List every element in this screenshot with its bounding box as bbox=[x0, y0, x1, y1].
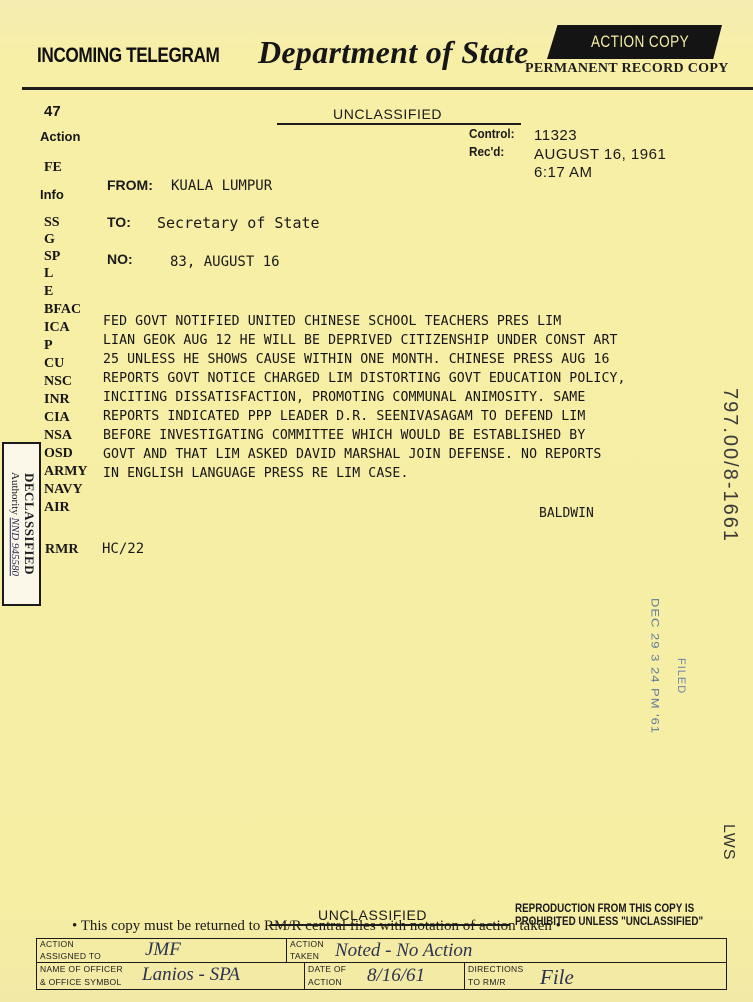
to-label: TO: bbox=[107, 214, 131, 230]
declassified-title: DECLASSIFIED bbox=[20, 444, 35, 604]
message-line: INCITING DISSATISFACTION, PROMOTING COMM… bbox=[103, 388, 723, 407]
info-office: L bbox=[44, 267, 53, 281]
from-value: KUALA LUMPUR bbox=[171, 178, 272, 194]
info-office: SS bbox=[44, 216, 60, 230]
info-office: NAVY bbox=[44, 483, 83, 497]
action-record-table: ACTION ASSIGNED TO JMF ACTION TAKEN Note… bbox=[36, 938, 727, 990]
message-line: 25 UNLESS HE SHOWS CAUSE WITHIN ONE MONT… bbox=[103, 350, 723, 369]
message-line: BEFORE INVESTIGATING COMMITTEE WHICH WOU… bbox=[103, 426, 723, 445]
recd-time: 6:17 AM bbox=[534, 164, 593, 181]
info-office: NSC bbox=[44, 375, 72, 389]
info-office: NSA bbox=[44, 429, 72, 443]
copy-type-label: PERMANENT RECORD COPY bbox=[525, 61, 729, 77]
no-label: NO: bbox=[107, 251, 133, 267]
header-divider bbox=[22, 87, 753, 90]
info-office: BFAC bbox=[44, 303, 81, 317]
assigned-to-value: JMF bbox=[145, 939, 181, 961]
initials-stamp: LWS bbox=[719, 824, 737, 860]
classification-bottom-rule bbox=[270, 924, 510, 926]
officer-field[interactable]: NAME OF OFFICER & OFFICE SYMBOL Lanios -… bbox=[37, 963, 305, 989]
action-row-2: NAME OF OFFICER & OFFICE SYMBOL Lanios -… bbox=[37, 963, 726, 989]
to-value: Secretary of State bbox=[157, 214, 320, 232]
info-office: CU bbox=[44, 357, 64, 371]
info-office: SP bbox=[44, 250, 60, 264]
action-office: FE bbox=[44, 161, 62, 175]
filed-stamp-label: FILED bbox=[675, 658, 687, 694]
message-line: FED GOVT NOTIFIED UNITED CHINESE SCHOOL … bbox=[103, 312, 723, 331]
action-copy-label: ACTION COPY bbox=[584, 32, 696, 52]
recd-label: Rec'd: bbox=[469, 144, 504, 159]
routing-number: 47 bbox=[44, 104, 61, 119]
info-office: CIA bbox=[44, 411, 70, 425]
control-label: Control: bbox=[469, 126, 514, 141]
action-taken-value: Noted - No Action bbox=[335, 940, 472, 962]
info-office: OSD bbox=[44, 447, 73, 461]
info-office: AIR bbox=[44, 501, 70, 515]
rmr-value: HC/22 bbox=[102, 541, 144, 557]
date-of-action-value: 8/16/61 bbox=[367, 965, 425, 987]
from-label: FROM: bbox=[107, 177, 153, 193]
department-title: Department of State bbox=[258, 34, 529, 71]
return-note: • This copy must be returned to RM/R cen… bbox=[72, 918, 561, 935]
message-line: REPORTS INDICATED PPP LEADER D.R. SEENIV… bbox=[103, 407, 723, 426]
directions-value: File bbox=[540, 965, 574, 990]
info-office: INR bbox=[44, 393, 70, 407]
declassified-stamp: DECLASSIFIED Authority NND 945580 bbox=[2, 442, 41, 606]
action-label: Action bbox=[40, 130, 80, 143]
action-taken-field[interactable]: ACTION TAKEN Noted - No Action bbox=[287, 939, 727, 962]
message-body: FED GOVT NOTIFIED UNITED CHINESE SCHOOL … bbox=[103, 312, 723, 483]
message-line: IN ENGLISH LANGUAGE PRESS RE LIM CASE. bbox=[103, 464, 723, 483]
rmr-label: RMR bbox=[45, 542, 78, 558]
assigned-to-field[interactable]: ACTION ASSIGNED TO JMF bbox=[37, 939, 287, 962]
directions-field[interactable]: DIRECTIONS TO RM/R File bbox=[465, 963, 727, 989]
no-value: 83, AUGUST 16 bbox=[170, 254, 280, 270]
info-office: ARMY bbox=[44, 465, 88, 479]
message-line: GOVT AND THAT LIM ASKED DAVID MARSHAL JO… bbox=[103, 445, 723, 464]
file-number: 797.00/8-1661 bbox=[718, 388, 741, 543]
declassified-authority: Authority NND 945580 bbox=[8, 444, 21, 604]
filed-date-stamp: DEC 29 3 24 PM '61 bbox=[649, 598, 662, 734]
action-row-1: ACTION ASSIGNED TO JMF ACTION TAKEN Note… bbox=[37, 939, 726, 963]
classification-top-rule bbox=[277, 123, 521, 125]
message-line: REPORTS GOVT NOTICE CHARGED LIM DISTORTI… bbox=[103, 369, 723, 388]
date-of-action-field[interactable]: DATE OF ACTION 8/16/61 bbox=[305, 963, 465, 989]
message-line: LIAN GEOK AUG 12 HE WILL BE DEPRIVED CIT… bbox=[103, 331, 723, 350]
form-type-title: INCOMING TELEGRAM bbox=[37, 44, 219, 68]
classification-top: UNCLASSIFIED bbox=[333, 106, 442, 122]
signer: BALDWIN bbox=[539, 506, 594, 521]
info-office: ICA bbox=[44, 321, 70, 335]
control-value: 11323 bbox=[534, 127, 577, 144]
recd-date: AUGUST 16, 1961 bbox=[534, 146, 666, 163]
info-office: P bbox=[44, 339, 53, 353]
info-label: Info bbox=[40, 188, 64, 201]
officer-value: Lanios - SPA bbox=[142, 964, 240, 986]
info-office: E bbox=[44, 285, 53, 299]
info-office: G bbox=[44, 233, 55, 247]
